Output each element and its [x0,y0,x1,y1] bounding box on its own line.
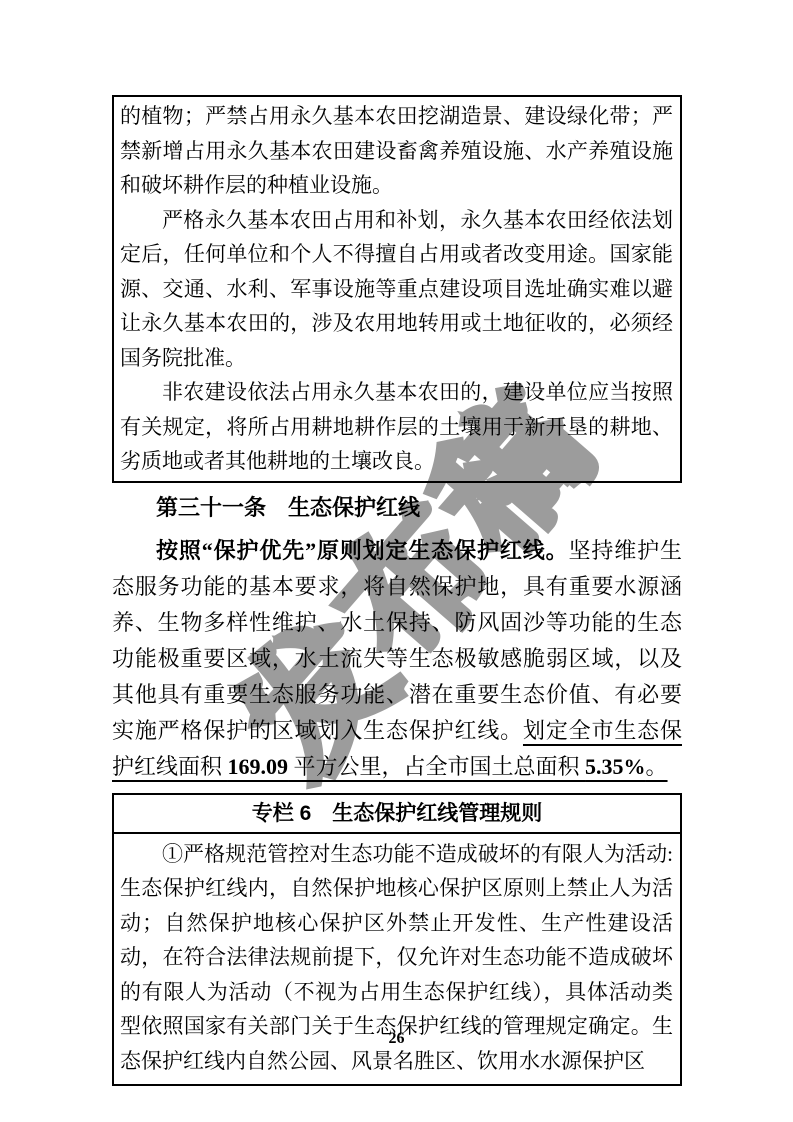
underlined-end-text: 。 [646,754,668,779]
underlined-mid-text: 平方公里，占全市国土总面积 [288,754,585,779]
redline-percent-value: 5.35% [585,754,646,779]
farmland-paragraph-1: 的植物；严禁占用永久基本农田挖湖造景、建设绿化带；严禁新增占用永久基本农田建设畜… [120,99,673,203]
farmland-paragraph-3: 非农建设依法占用永久基本农田的，建设单位应当按照有关规定，将所占用耕地耕作层的土… [120,375,673,479]
article-heading: 第三十一条 生态保护红线 [112,493,682,523]
callout-title: 专栏 6 生态保护红线管理规则 [114,795,680,834]
farmland-rules-box: 的植物；严禁占用永久基本农田挖湖造景、建设绿化带；严禁新增占用永久基本农田建设畜… [112,95,682,483]
article-lead-bold: 按照“保护优先”原则划定生态保护红线。 [156,538,569,563]
article-paragraph: 按照“保护优先”原则划定生态保护红线。坚持维护生态服务功能的基本要求，将自然保护… [112,533,682,785]
page-number: 26 [0,1030,793,1048]
redline-area-value: 169.09 [228,754,289,779]
farmland-paragraph-2: 严格永久基本农田占用和补划，永久基本农田经依法划定后，任何单位和个人不得擅自占用… [120,203,673,376]
article-body-text: 坚持维护生态服务功能的基本要求，将自然保护地，具有重要水源涵养、生物多样性维护、… [112,538,682,743]
page-content: 的植物；严禁占用永久基本农田挖湖造景、建设绿化带；严禁新增占用永久基本农田建设畜… [112,95,682,1086]
